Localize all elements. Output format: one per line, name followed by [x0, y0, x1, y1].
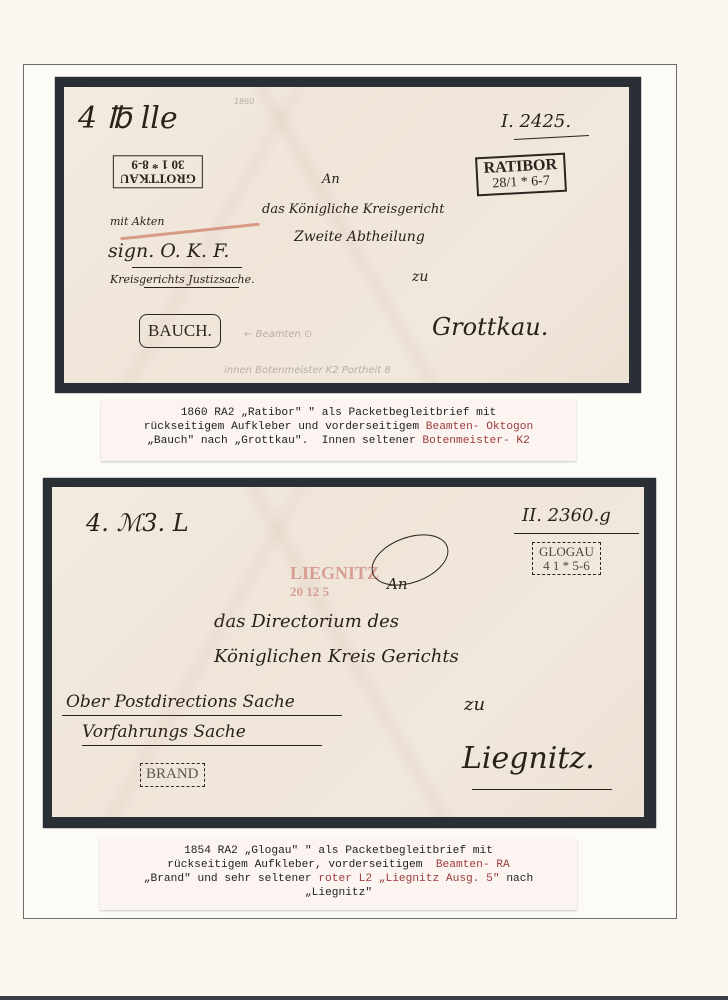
rate-note: 4. ℳ3. L — [86, 509, 189, 537]
address-line-3: zu — [412, 269, 428, 285]
caption-line: „Bauch" nach „Grottkau". Innen seltener … — [105, 434, 572, 448]
pencil-note-bottom: innen Botenmeister K2 Portheit 8 — [224, 365, 391, 376]
caption-highlight: Botenmeister- K2 — [422, 435, 529, 447]
ratibor-stamp: RATIBOR 28/1 * 6-7 — [475, 153, 566, 197]
caption-text: nach — [500, 873, 534, 885]
left-note-2: Vorfahrungs Sache — [82, 722, 246, 742]
caption-text: „Bauch" nach „Grottkau". Innen seltener — [147, 435, 422, 447]
left-note-1: mit Akten — [110, 215, 165, 228]
caption-line: 1860 RA2 „Ratibor" " als Packetbegleitbr… — [105, 406, 572, 420]
scan-edge — [0, 996, 728, 1000]
caption-line: rückseitigem Aufkleber, vorderseitigem B… — [104, 858, 573, 872]
address-salutation: An — [322, 172, 340, 187]
cover-2[interactable]: 4. ℳ3. L II. 2360.g GLOGAU 4 1 * 5-6 LIE… — [52, 487, 644, 817]
address-line-2: Zweite Abtheilung — [294, 229, 425, 245]
address-salutation: An — [387, 575, 408, 593]
bauch-octagon-stamp: BAUCH. — [139, 314, 221, 348]
pencil-year: 1860 — [234, 97, 254, 106]
caption-line: rückseitigem Aufkleber und vorderseitige… — [105, 420, 572, 434]
pencil-note-bauch: ← Beamten ⊙ — [244, 329, 312, 340]
caption-text: 1854 RA2 „Glogau" " als Packetbegleitbri… — [184, 845, 493, 857]
caption-text: rückseitigem Aufkleber, vorderseitigem — [167, 859, 436, 871]
cover-1[interactable]: 4 ℔ lle 1860 GROTTKAU 30 1 * 8-9 I. 2425… — [64, 87, 629, 383]
caption-2: 1854 RA2 „Glogau" " als Packetbegleitbri… — [100, 838, 577, 910]
caption-highlight: Beamten- RA — [436, 859, 510, 871]
address-line-1: das Directorium des — [214, 611, 399, 632]
grottkau-stamp-mirrored: GROTTKAU 30 1 * 8-9 — [113, 155, 203, 188]
caption-1: 1860 RA2 „Ratibor" " als Packetbegleitbr… — [101, 400, 576, 461]
registration-number: II. 2360.g — [522, 505, 611, 526]
caption-highlight: roter L2 „Liegnitz Ausg. 5" — [318, 873, 499, 885]
caption-line: 1854 RA2 „Glogau" " als Packetbegleitbri… — [104, 844, 573, 858]
registration-number: I. 2425. — [501, 111, 571, 132]
address-line-3: zu — [464, 694, 485, 715]
address-line-2: Königlichen Kreis Gerichts — [214, 646, 459, 667]
rate-note: 4 ℔ lle — [78, 101, 178, 136]
caption-line: „Liegnitz" — [104, 886, 573, 900]
liegnitz-red-l2-stamp: LIEGNITZ 20 12 5 — [290, 563, 379, 600]
left-note-1: Ober Postdirections Sache — [66, 692, 295, 712]
left-note-2: sign. O. K. F. — [108, 240, 229, 262]
glogau-stamp: GLOGAU 4 1 * 5-6 — [532, 542, 601, 575]
caption-highlight: Beamten- Oktogon — [426, 421, 533, 433]
caption-text: rückseitigem Aufkleber und vorderseitige… — [144, 421, 426, 433]
caption-text: 1860 RA2 „Ratibor" " als Packetbegleitbr… — [181, 407, 497, 419]
caption-text: „Liegnitz" — [305, 887, 372, 899]
brand-stamp: BRAND — [140, 763, 205, 787]
address-city: Grottkau. — [432, 313, 548, 341]
address-line-1: das Königliche Kreisgericht — [262, 202, 444, 217]
caption-line: „Brand" und sehr seltener roter L2 „Lieg… — [104, 872, 573, 886]
caption-text: „Brand" und sehr seltener — [144, 873, 319, 885]
address-city: Liegnitz. — [462, 741, 595, 776]
left-note-3: Kreisgerichts Justizsache. — [110, 273, 255, 286]
